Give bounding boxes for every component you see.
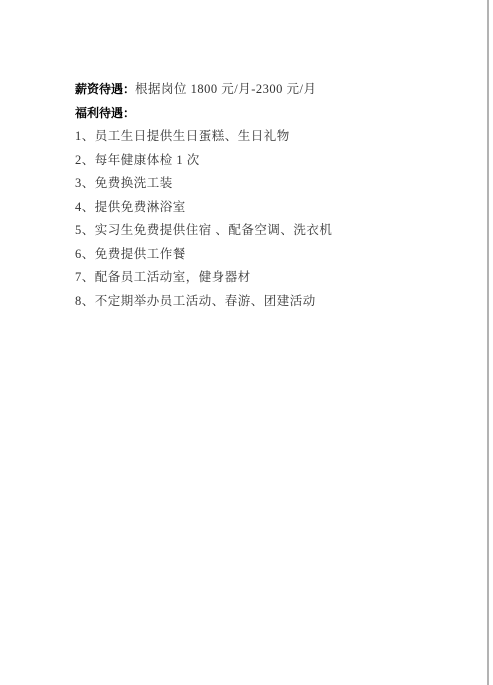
- benefit-item: 4、提供免费淋浴室: [75, 196, 455, 220]
- document-page: 薪资待遇：根据岗位 1800 元/月-2300 元/月 福利待遇： 1、员工生日…: [0, 0, 493, 685]
- benefit-item: 7、配备员工活动室，健身器材: [75, 266, 455, 290]
- benefit-item: 1、员工生日提供生日蛋糕、生日礼物: [75, 125, 455, 149]
- salary-value: 根据岗位 1800 元/月-2300 元/月: [135, 82, 316, 96]
- salary-line: 薪资待遇：根据岗位 1800 元/月-2300 元/月: [75, 78, 455, 102]
- document-content: 薪资待遇：根据岗位 1800 元/月-2300 元/月 福利待遇： 1、员工生日…: [75, 78, 455, 313]
- salary-label: 薪资待遇：: [75, 82, 135, 96]
- benefit-item: 8、不定期举办员工活动、春游、团建活动: [75, 290, 455, 314]
- benefit-item: 3、免费换洗工装: [75, 172, 455, 196]
- benefit-item: 2、每年健康体检 1 次: [75, 149, 455, 173]
- benefit-item: 6、免费提供工作餐: [75, 243, 455, 267]
- page-edge-line: [487, 0, 489, 685]
- benefits-label: 福利待遇：: [75, 102, 455, 126]
- benefits-list: 1、员工生日提供生日蛋糕、生日礼物 2、每年健康体检 1 次 3、免费换洗工装 …: [75, 125, 455, 313]
- benefit-item: 5、实习生免费提供住宿 、配备空调、洗衣机: [75, 219, 455, 243]
